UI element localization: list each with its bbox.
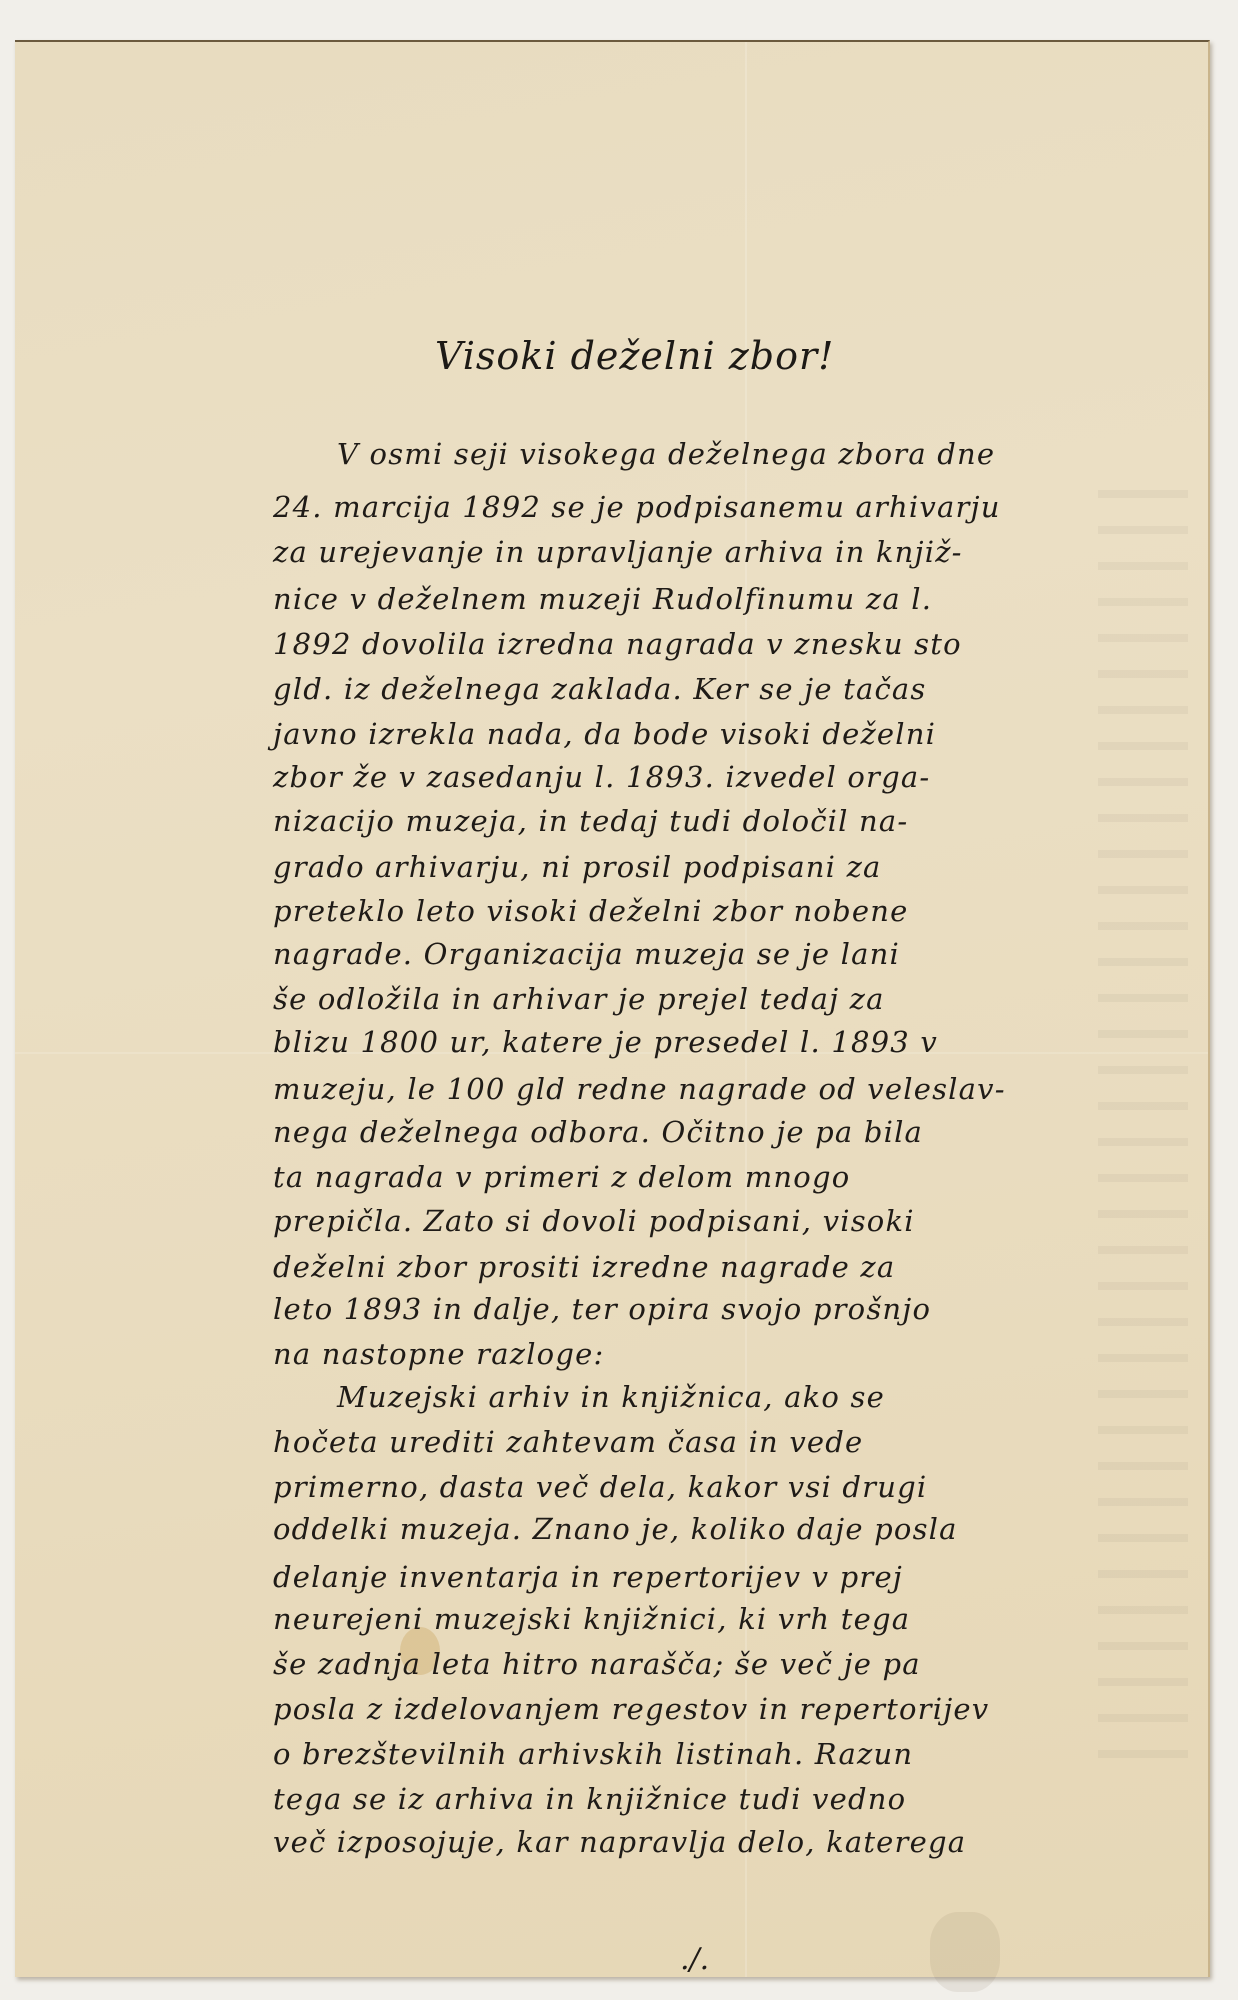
text-line: javno izrekla nada, da bode visoki dežel… [273,717,936,751]
text-line: grado arhivarju, ni prosil podpisani za [273,850,882,884]
page-continuation-mark: ./. [680,1942,709,1977]
text-line: še zadnja leta hitro narašča; še več je … [273,1647,921,1681]
ink-bleed-through [1098,462,1188,1762]
text-line: več izposojuje, kar napravlja delo, kate… [273,1825,966,1859]
text-line: 24. marcija 1892 se je podpisanemu arhiv… [273,490,1001,524]
text-line: posla z izdelovanjem regestov in reperto… [273,1692,989,1726]
text-line: hočeta urediti zahtevam časa in vede [273,1425,863,1459]
text-line: V osmi seji visokega deželnega zbora dne [337,437,995,471]
text-line: leto 1893 in dalje, ter opira svojo proš… [273,1292,931,1326]
text-line: primerno, dasta več dela, kakor vsi drug… [273,1470,927,1504]
text-line: še odložila in arhivar je prejel tedaj z… [273,982,885,1016]
text-line: zbor že v zasedanju l. 1893. izvedel org… [273,760,930,794]
ink-smudge [930,1912,1000,1992]
text-line: preteklo leto visoki deželni zbor nobene [273,894,908,928]
text-line: muzeju, le 100 gld redne nagrade od vele… [273,1072,1006,1106]
letter-page: Visoki deželni zbor! V osmi seji visokeg… [15,40,1210,1977]
text-line: oddelki muzeja. Znano je, koliko daje po… [273,1512,958,1546]
letter-salutation: Visoki deželni zbor! [435,334,834,378]
text-line: 1892 dovolila izredna nagrada v znesku s… [273,627,962,661]
text-line: nagrade. Organizacija muzeja se je lani [273,937,900,971]
text-line: za urejevanje in upravljanje arhiva in k… [273,535,963,569]
text-line: neurejeni muzejski knjižnici, ki vrh teg… [273,1602,910,1636]
text-line: nizacijo muzeja, in tedaj tudi določil n… [273,804,908,838]
text-line: o brezštevilnih arhivskih listinah. Razu… [273,1737,913,1771]
text-line: gld. iz deželnega zaklada. Ker se je tač… [273,672,926,706]
text-line: prepičla. Zato si dovoli podpisani, viso… [273,1204,915,1238]
text-line: nega deželnega odbora. Očitno je pa bila [273,1115,923,1149]
text-line: Muzejski arhiv in knjižnica, ako se [337,1380,885,1414]
text-line: delanje inventarja in repertorijev v pre… [273,1560,903,1594]
text-line: deželni zbor prositi izredne nagrade za [273,1250,895,1284]
text-line: na nastopne razloge: [273,1337,604,1371]
text-line: tega se iz arhiva in knjižnice tudi vedn… [273,1782,906,1816]
text-line: blizu 1800 ur, katere je presedel l. 189… [273,1025,938,1059]
text-line: nice v deželnem muzeji Rudolfinumu za l. [273,582,932,616]
text-line: ta nagrada v primeri z delom mnogo [273,1160,850,1194]
